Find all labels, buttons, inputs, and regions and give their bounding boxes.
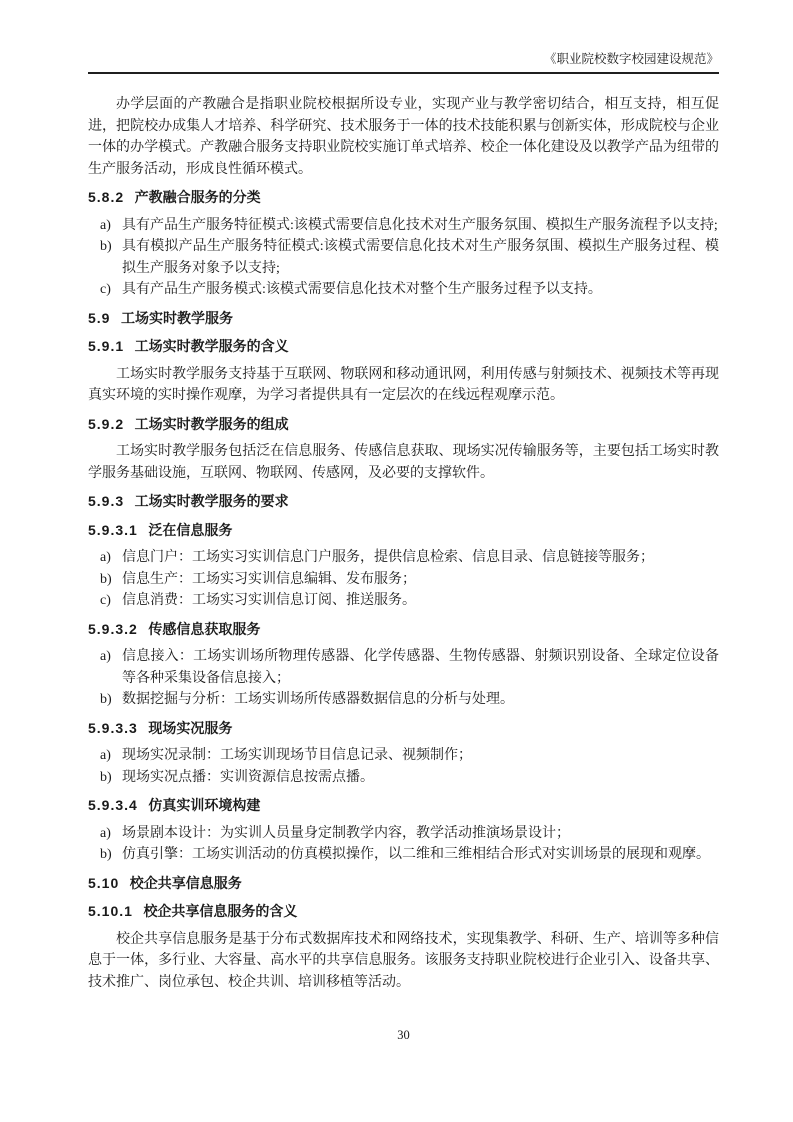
list-item-a: a) 信息门户：工场实习实训信息门户服务，提供信息检索、信息目录、信息链接等服务… [88,547,719,569]
list-item-a: a) 具有产品生产服务特征模式:该模式需要信息化技术对生产服务氛围、模拟生产服务… [88,215,719,237]
section-number: 5.10.1 [88,903,133,919]
section-title: 工场实时教学服务的要求 [135,493,289,509]
section-title: 产教融合服务的分类 [135,189,261,205]
section-number: 5.9.3.1 [88,522,138,538]
list-5-9-3-3: a) 现场实况录制：工场实训现场节目信息记录、视频制作； b) 现场实况点播：实… [88,745,719,788]
list-marker: a) [88,823,122,845]
section-title: 工场实时教学服务的组成 [135,416,289,432]
page-footer: 30 [88,1028,719,1043]
list-marker: b) [88,767,122,789]
list-item-b: b) 信息生产：工场实习实训信息编辑、发布服务； [88,569,719,591]
section-heading-5-9-3-3: 5.9.3.3现场实况服务 [88,718,719,740]
list-item-text: 信息生产：工场实习实训信息编辑、发布服务； [122,569,719,591]
section-number: 5.9.1 [88,338,124,354]
list-item-b: b) 具有模拟产品生产服务特征模式:该模式需要信息化技术对生产服务氛围、模拟生产… [88,236,719,279]
section-heading-5-8-2: 5.8.2产教融合服务的分类 [88,187,719,209]
list-item-b: b) 现场实况点播：实训资源信息按需点播。 [88,767,719,789]
list-item-text: 信息接入：工场实训场所物理传感器、化学传感器、生物传感器、射频识别设备、全球定位… [122,646,719,689]
section-number: 5.9.3.3 [88,720,138,736]
list-item-b: b) 数据挖掘与分析：工场实训场所传感器数据信息的分析与处理。 [88,689,719,711]
section-heading-5-10: 5.10校企共享信息服务 [88,873,719,895]
section-number: 5.9.2 [88,416,124,432]
list-marker: b) [88,844,122,866]
list-item-text: 现场实况点播：实训资源信息按需点播。 [122,767,719,789]
section-title: 传感信息获取服务 [148,621,260,637]
section-heading-5-9-2: 5.9.2工场实时教学服务的组成 [88,414,719,436]
list-5-9-3-4: a) 场景剧本设计：为实训人员量身定制教学内容，教学活动推演场景设计； b) 仿… [88,823,719,866]
page-number: 30 [397,1028,410,1042]
list-marker: c) [88,279,122,301]
list-marker: a) [88,547,122,569]
paragraph-industry-education-fusion: 办学层面的产教融合是指职业院校根据所设专业，实现产业与教学密切结合，相互支持，相… [88,94,719,180]
page-header: 《职业院校数字校园建设规范》 [88,52,719,74]
list-item-text: 仿真引擎：工场实训活动的仿真模拟操作，以二维和三维相结合形式对实训场景的展现和观… [122,844,719,866]
list-item-a: a) 场景剧本设计：为实训人员量身定制教学内容，教学活动推演场景设计； [88,823,719,845]
section-heading-5-10-1: 5.10.1校企共享信息服务的含义 [88,901,719,923]
document-content: 办学层面的产教融合是指职业院校根据所设专业，实现产业与教学密切结合，相互支持，相… [88,74,719,993]
paragraph-5-10-1: 校企共享信息服务是基于分布式数据库技术和网络技术，实现集教学、科研、生产、培训等… [88,929,719,994]
list-marker: b) [88,236,122,279]
section-title: 校企共享信息服务 [130,875,242,891]
section-heading-5-9-3-1: 5.9.3.1泛在信息服务 [88,520,719,542]
list-marker: a) [88,745,122,767]
list-marker: b) [88,689,122,711]
section-number: 5.8.2 [88,189,124,205]
section-title: 泛在信息服务 [148,522,232,538]
section-heading-5-9-3-2: 5.9.3.2传感信息获取服务 [88,619,719,641]
document-page: 《职业院校数字校园建设规范》 办学层面的产教融合是指职业院校根据所设专业，实现产… [0,0,793,1122]
list-item-text: 数据挖掘与分析：工场实训场所传感器数据信息的分析与处理。 [122,689,719,711]
list-item-c: c) 信息消费：工场实习实训信息订阅、推送服务。 [88,590,719,612]
section-number: 5.9.3.2 [88,621,138,637]
section-number: 5.9 [88,310,110,326]
section-title: 工场实时教学服务的含义 [135,338,289,354]
list-item-text: 具有产品生产服务模式:该模式需要信息化技术对整个生产服务过程予以支持。 [122,279,719,301]
list-item-a: a) 现场实况录制：工场实训现场节目信息记录、视频制作； [88,745,719,767]
list-5-9-3-2: a) 信息接入：工场实训场所物理传感器、化学传感器、生物传感器、射频识别设备、全… [88,646,719,711]
list-marker: b) [88,569,122,591]
list-5-9-3-1: a) 信息门户：工场实习实训信息门户服务，提供信息检索、信息目录、信息链接等服务… [88,547,719,612]
list-item-a: a) 信息接入：工场实训场所物理传感器、化学传感器、生物传感器、射频识别设备、全… [88,646,719,689]
list-item-text: 现场实况录制：工场实训现场节目信息记录、视频制作； [122,745,719,767]
list-item-text: 信息门户：工场实习实训信息门户服务，提供信息检索、信息目录、信息链接等服务； [122,547,719,569]
section-number: 5.10 [88,875,119,891]
list-marker: c) [88,590,122,612]
section-heading-5-9-3-4: 5.9.3.4仿真实训环境构建 [88,795,719,817]
list-item-b: b) 仿真引擎：工场实训活动的仿真模拟操作，以二维和三维相结合形式对实训场景的展… [88,844,719,866]
section-title: 现场实况服务 [148,720,232,736]
section-title: 校企共享信息服务的含义 [143,903,297,919]
section-heading-5-9-3: 5.9.3工场实时教学服务的要求 [88,491,719,513]
list-item-text: 场景剧本设计：为实训人员量身定制教学内容，教学活动推演场景设计； [122,823,719,845]
section-heading-5-9: 5.9工场实时教学服务 [88,308,719,330]
paragraph-5-9-1: 工场实时教学服务支持基于互联网、物联网和移动通讯网，利用传感与射频技术、视频技术… [88,364,719,407]
list-marker: a) [88,646,122,689]
list-item-text: 具有产品生产服务特征模式:该模式需要信息化技术对生产服务氛围、模拟生产服务流程予… [122,215,719,237]
document-title: 《职业院校数字校园建设规范》 [544,52,719,66]
list-item-text: 信息消费：工场实习实训信息订阅、推送服务。 [122,590,719,612]
paragraph-5-9-2: 工场实时教学服务包括泛在信息服务、传感信息获取、现场实况传输服务等，主要包括工场… [88,441,719,484]
section-heading-5-9-1: 5.9.1工场实时教学服务的含义 [88,336,719,358]
list-marker: a) [88,215,122,237]
list-item-text: 具有模拟产品生产服务特征模式:该模式需要信息化技术对生产服务氛围、模拟生产服务过… [122,236,719,279]
section-title: 工场实时教学服务 [121,310,233,326]
section-number: 5.9.3 [88,493,124,509]
section-number: 5.9.3.4 [88,797,138,813]
section-title: 仿真实训环境构建 [148,797,260,813]
list-5-8-2: a) 具有产品生产服务特征模式:该模式需要信息化技术对生产服务氛围、模拟生产服务… [88,215,719,301]
list-item-c: c) 具有产品生产服务模式:该模式需要信息化技术对整个生产服务过程予以支持。 [88,279,719,301]
